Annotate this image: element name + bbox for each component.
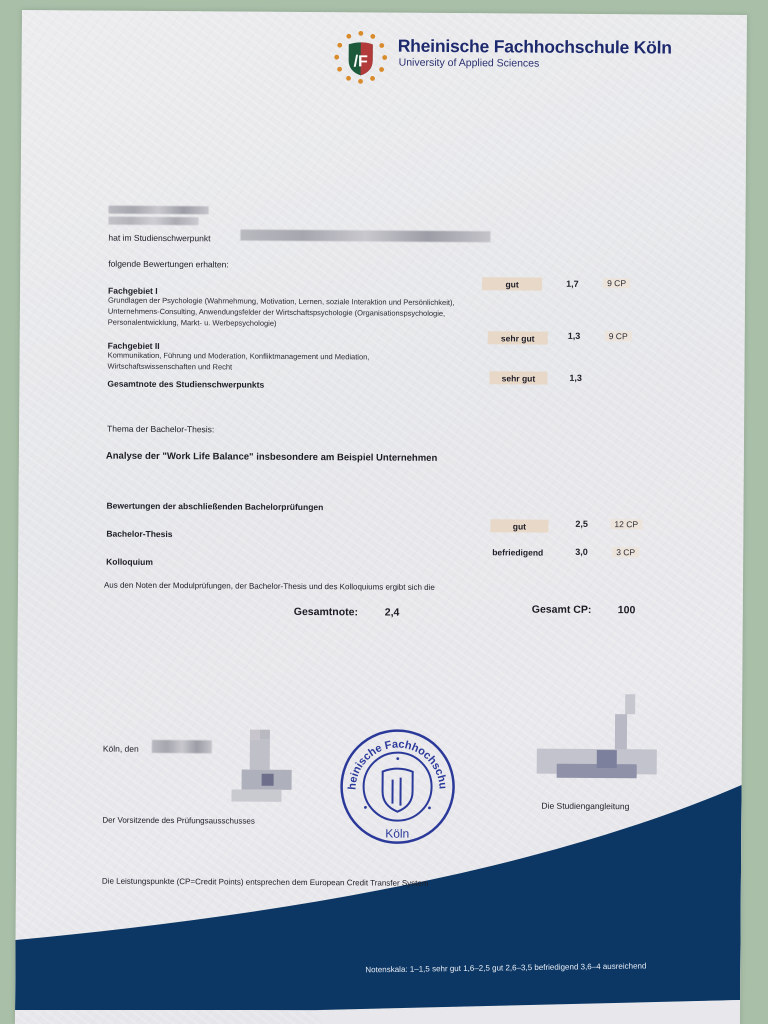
colloquium-credits: 3 CP — [612, 547, 639, 557]
focus-overall-grade: 1,3 — [569, 373, 582, 383]
redacted-student-name — [109, 206, 209, 215]
svg-text:Rheinische Fachhochschule: Rheinische Fachhochschule — [338, 727, 449, 791]
total-credits-label: Gesamt CP: — [532, 604, 592, 616]
colloquium-grade: 3,0 — [575, 547, 588, 557]
colloquium-grade-word: befriedigend — [492, 547, 543, 557]
subject-area-2-grade-word: sehr gut — [488, 331, 548, 344]
thesis-title: Analyse der "Work Life Balance" insbeson… — [106, 451, 437, 464]
university-logo-icon: /F — [331, 28, 389, 86]
subject-area-2-credits: 9 CP — [605, 331, 632, 341]
redacted-date — [152, 740, 212, 753]
thesis-label: Thema der Bachelor-Thesis: — [107, 424, 214, 435]
colloquium-label: Kolloquium — [106, 557, 153, 567]
footer-band — [15, 10, 747, 1024]
subject-area-1-grade-word: gut — [482, 277, 542, 290]
redacted-student-details — [109, 217, 199, 226]
right-signatory-role: Die Studiengangleitung — [541, 801, 629, 812]
certificate-page: /F Rheinische Fachhochschule Köln Univer… — [15, 10, 747, 1024]
overall-grade-label: Gesamtnote: — [294, 606, 358, 618]
subject-area-1-description: Grundlagen der Psychologie (Wahrnehmung,… — [108, 295, 473, 331]
right-signature-redacted — [537, 694, 658, 795]
bachelor-thesis-grade-word: gut — [490, 519, 548, 532]
total-credits: 100 — [618, 604, 636, 616]
svg-text:Köln: Köln — [385, 827, 409, 841]
bachelor-exam-heading: Bewertungen der abschließenden Bachelorp… — [107, 501, 324, 513]
grades-intro: folgende Bewertungen erhalten: — [108, 259, 229, 270]
bachelor-thesis-credits: 12 CP — [610, 519, 642, 529]
focus-overall-grade-word: sehr gut — [489, 371, 547, 384]
university-subtitle: University of Applied Sciences — [399, 57, 540, 70]
overall-grade: 2,4 — [385, 607, 400, 619]
subject-area-2-description: Kommunikation, Führung und Moderation, K… — [107, 350, 447, 374]
university-name: Rheinische Fachhochschule Köln — [398, 36, 672, 59]
bachelor-thesis-label: Bachelor-Thesis — [106, 529, 172, 539]
svg-text:/F: /F — [354, 53, 369, 70]
official-seal-icon: Rheinische Fachhochschule Köln — [338, 727, 457, 846]
left-signature-redacted — [221, 729, 292, 809]
bachelor-thesis-grade: 2,5 — [575, 519, 588, 529]
focus-overall-label: Gesamtnote des Studienschwerpunkts — [107, 379, 264, 390]
redacted-study-focus — [240, 230, 490, 243]
left-signatory-role: Der Vorsitzende des Prüfungsausschusses — [102, 816, 255, 826]
subject-area-2-grade: 1,3 — [568, 331, 581, 341]
subject-area-1-grade: 1,7 — [566, 279, 579, 289]
subject-area-1-credits: 9 CP — [603, 278, 630, 288]
place-date-label: Köln, den — [103, 744, 139, 754]
study-focus-label: hat im Studienschwerpunkt — [108, 233, 210, 244]
